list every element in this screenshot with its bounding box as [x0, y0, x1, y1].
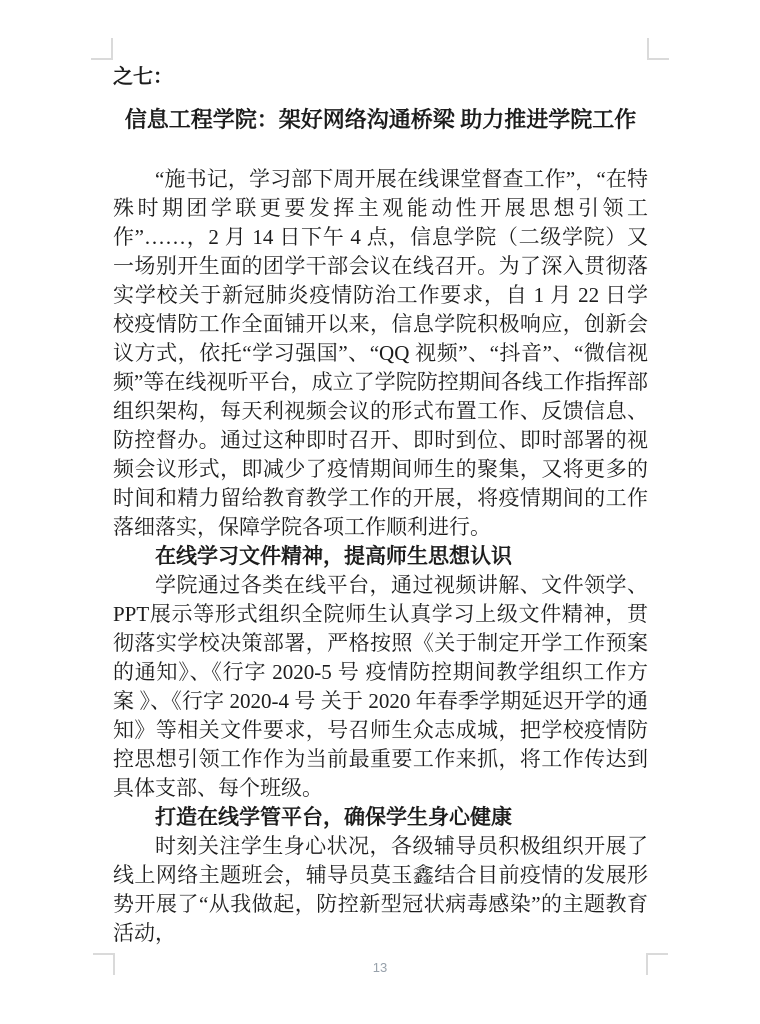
paragraph-student-management: 时刻关注学生身心状况，各级辅导员积极组织开展了线上网络主题班会，辅导员莫玉鑫结合…	[113, 832, 648, 948]
section-heading-online-study: 在线学习文件精神，提高师生思想认识	[113, 542, 648, 571]
section-label: 之七：	[113, 64, 648, 90]
margin-corner-mark-top-left	[91, 38, 113, 60]
section-heading-student-management: 打造在线学管平台，确保学生身心健康	[113, 803, 648, 832]
document-page: 之七： 信息工程学院：架好网络沟通桥梁 助力推进学院工作 “施书记，学习部下周开…	[0, 0, 760, 1024]
article-title: 信息工程学院：架好网络沟通桥梁 助力推进学院工作	[113, 106, 648, 134]
page-content: 之七： 信息工程学院：架好网络沟通桥梁 助力推进学院工作 “施书记，学习部下周开…	[113, 64, 648, 948]
paragraph-online-study: 学院通过各类在线平台，通过视频讲解、文件领学、PPT展示等形式组织全院师生认真学…	[113, 571, 648, 803]
document-viewer: { "doc": { "label": "之七：", "title": "信息工…	[0, 0, 760, 1024]
margin-corner-mark-top-right	[647, 38, 669, 60]
page-number: 13	[0, 960, 760, 975]
paragraph-intro: “施书记，学习部下周开展在线课堂督查工作”，“在特殊时期团学联更要发挥主观能动性…	[113, 165, 648, 542]
